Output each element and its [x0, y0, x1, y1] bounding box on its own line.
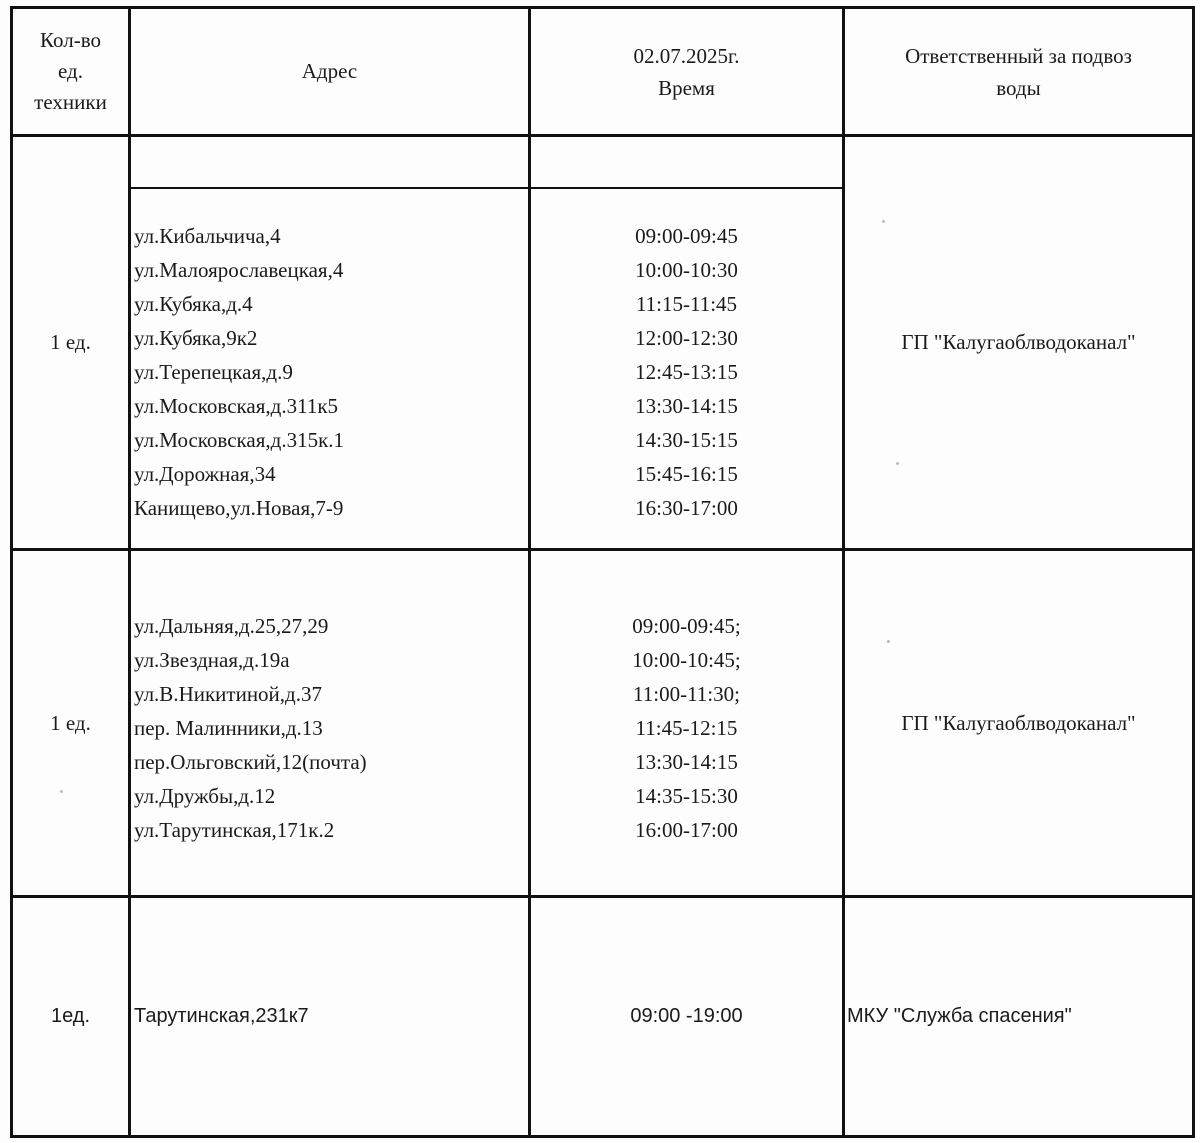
address-item: ул.Кубяка,д.4 [134, 287, 253, 321]
time-slot: 11:15-11:45 [636, 287, 737, 321]
time-slot: 16:30-17:00 [635, 491, 738, 525]
table-border-bottom [10, 1135, 1195, 1138]
header-units-line: Кол-во [40, 25, 101, 56]
row1-subheader-divider [129, 187, 845, 189]
row1-units: 1 ед. [13, 137, 128, 548]
address-item: ул.Дружбы,д.12 [134, 779, 275, 813]
address-item: ул.Малоярославецкая,4 [134, 253, 343, 287]
header-date: 02.07.2025г. [634, 40, 740, 72]
header-units-line: ед. [58, 56, 83, 87]
time-slot: 11:00-11:30; [633, 677, 740, 711]
address-item: Канищево,ул.Новая,7-9 [134, 491, 343, 525]
header-responsible-line: воды [996, 72, 1040, 104]
address-item: ул.В.Никитиной,д.37 [134, 677, 322, 711]
row3-units: 1ед. [13, 898, 128, 1135]
address-item: ул.Кубяка,9к2 [134, 321, 257, 355]
time-slot: 16:00-17:00 [635, 813, 738, 847]
time-slot: 12:45-13:15 [635, 355, 738, 389]
row1-address-list: ул.Кибальчича,4 ул.Малоярославецкая,4 ул… [134, 219, 526, 529]
address-item: ул.Дорожная,34 [134, 457, 276, 491]
row2-time-list: 09:00-09:45; 10:00-10:45; 11:00-11:30; 1… [531, 609, 842, 849]
time-slot: 12:00-12:30 [635, 321, 738, 355]
row2-address-list: ул.Дальняя,д.25,27,29 ул.Звездная,д.19а … [134, 609, 526, 849]
address-item: ул.Терепецкая,д.9 [134, 355, 293, 389]
address-item: пер. Малинники,д.13 [134, 711, 323, 745]
header-date-time: 02.07.2025г. Время [531, 9, 842, 134]
time-slot: 14:35-15:30 [635, 779, 738, 813]
time-slot: 09:00-09:45; [632, 609, 741, 643]
row1-responsible: ГП "Калугаоблводоканал" [845, 137, 1192, 548]
time-slot: 09:00-09:45 [635, 219, 738, 253]
scan-artifact [896, 462, 899, 465]
address-item: пер.Ольговский,12(почта) [134, 745, 367, 779]
row2-responsible: ГП "Калугаоблводоканал" [845, 551, 1192, 895]
address-item: ул.Тарутинская,171к.2 [134, 813, 334, 847]
address-item: ул.Московская,д.315к.1 [134, 423, 344, 457]
time-slot: 14:30-15:15 [635, 423, 738, 457]
address-item: ул.Кибальчича,4 [134, 219, 281, 253]
time-slot: 13:30-14:15 [635, 745, 738, 779]
scan-artifact [882, 220, 885, 223]
table-border-right [1192, 6, 1195, 1138]
address-item: ул.Московская,д.311к5 [134, 389, 338, 423]
header-address: Адрес [131, 9, 528, 134]
row3-responsible: МКУ "Служба спасения" [847, 898, 1192, 1135]
address-item: ул.Дальняя,д.25,27,29 [134, 609, 328, 643]
scan-artifact [60, 790, 63, 793]
row3-time: 09:00 -19:00 [531, 898, 842, 1135]
column-divider-1 [128, 6, 131, 1138]
address-item: ул.Звездная,д.19а [134, 643, 290, 677]
header-units: Кол-во ед. техники [13, 9, 128, 134]
row3-address: Тарутинская,231к7 [134, 898, 526, 1135]
time-slot: 13:30-14:15 [635, 389, 738, 423]
row2-units: 1 ед. [13, 551, 128, 895]
time-slot: 10:00-10:30 [635, 253, 738, 287]
time-slot: 11:45-12:15 [636, 711, 738, 745]
scan-artifact [887, 640, 890, 643]
header-units-line: техники [34, 87, 107, 118]
header-responsible: Ответственный за подвоз воды [845, 9, 1192, 134]
time-slot: 10:00-10:45; [632, 643, 741, 677]
document-page: Кол-во ед. техники Адрес 02.07.2025г. Вр… [0, 0, 1200, 1143]
header-time-label: Время [658, 72, 715, 104]
time-slot: 15:45-16:15 [635, 457, 738, 491]
header-responsible-line: Ответственный за подвоз [905, 40, 1132, 72]
row1-time-list: 09:00-09:45 10:00-10:30 11:15-11:45 12:0… [531, 219, 842, 529]
